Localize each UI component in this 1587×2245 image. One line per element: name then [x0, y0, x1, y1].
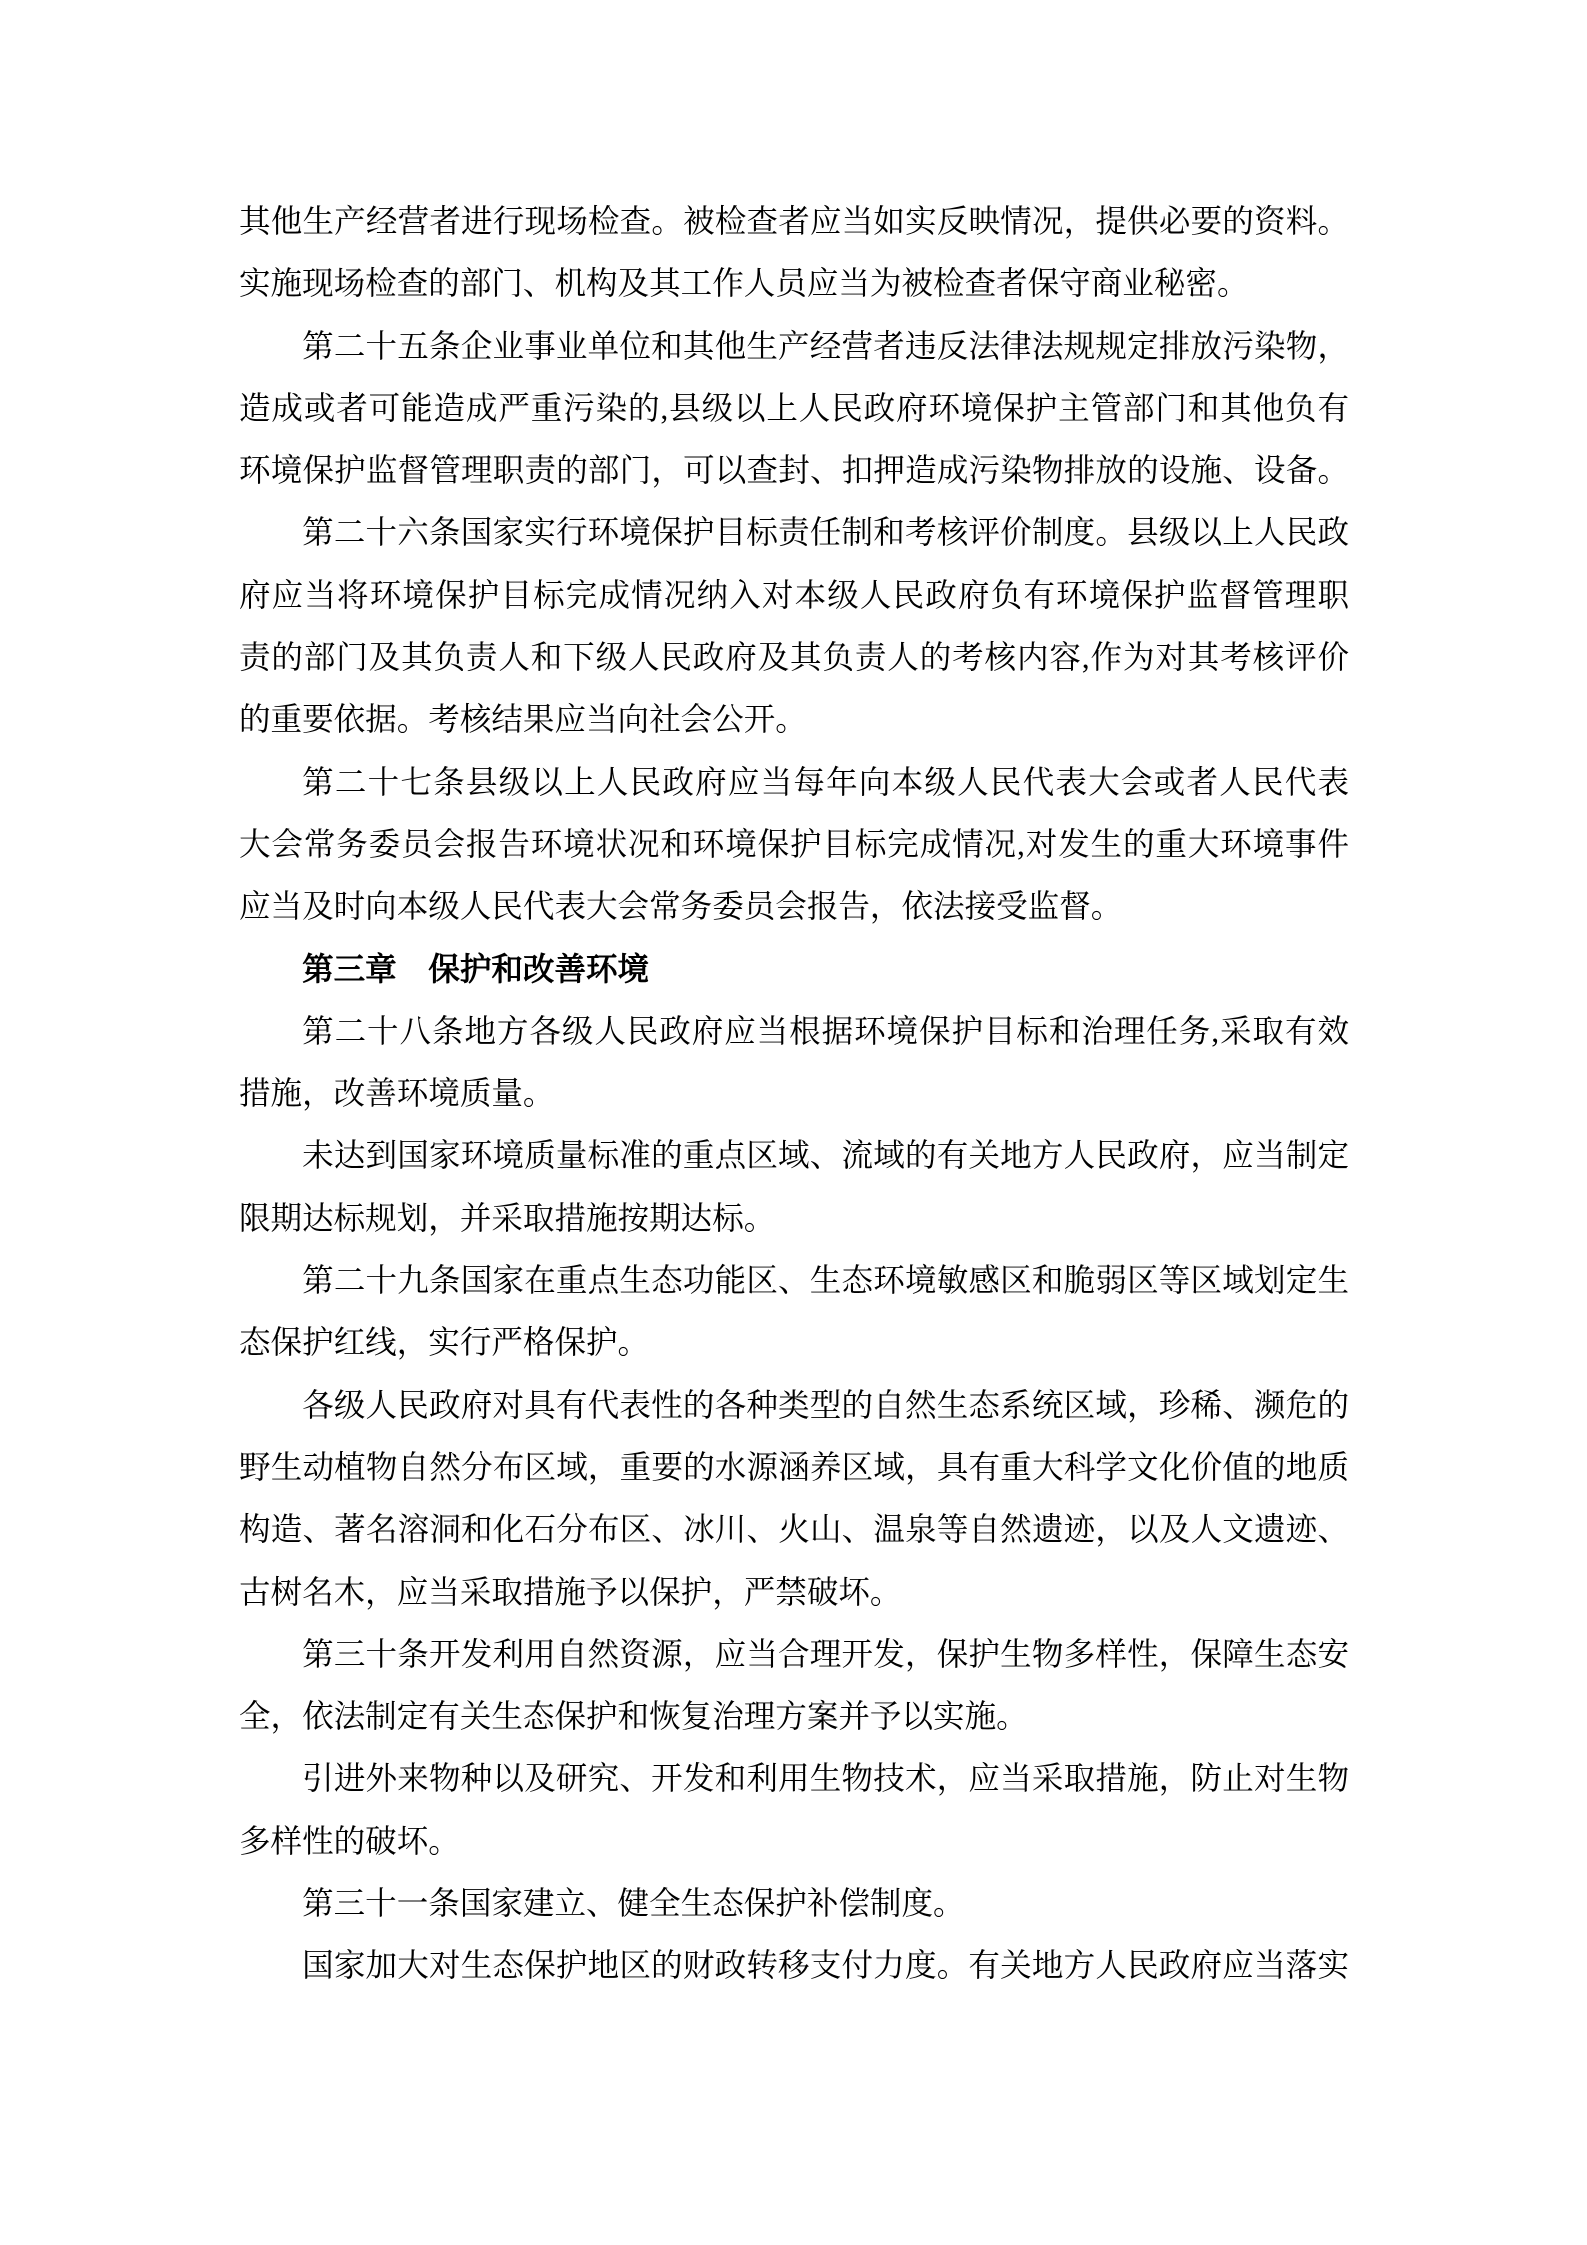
text-line: 第二十五条企业事业单位和其他生产经营者违反法律法规规定排放污染物， — [239, 316, 1349, 378]
document-page: 其他生产经营者进行现场检查。被检查者应当如实反映情况，提供必要的资料。实施现场检… — [0, 0, 1587, 2245]
text-line: 第二十九条国家在重点生态功能区、生态环境敏感区和脆弱区等区域划定生 — [239, 1250, 1349, 1312]
text-line: 措施，改善环境质量。 — [239, 1063, 1349, 1125]
document-body: 其他生产经营者进行现场检查。被检查者应当如实反映情况，提供必要的资料。实施现场检… — [239, 191, 1349, 1998]
text-line: 环境保护监督管理职责的部门，可以查封、扣押造成污染物排放的设施、设备。 — [239, 440, 1349, 502]
text-line: 大会常务委员会报告环境状况和环境保护目标完成情况,对发生的重大环境事件 — [239, 814, 1349, 876]
chapter-heading: 第三章 保护和改善环境 — [239, 939, 1349, 1001]
text-line: 第二十八条地方各级人民政府应当根据环境保护目标和治理任务,采取有效 — [239, 1001, 1349, 1063]
text-line: 全，依法制定有关生态保护和恢复治理方案并予以实施。 — [239, 1686, 1349, 1748]
text-line: 构造、著名溶洞和化石分布区、冰川、火山、温泉等自然遗迹，以及人文遗迹、 — [239, 1499, 1349, 1561]
text-line: 的重要依据。考核结果应当向社会公开。 — [239, 689, 1349, 751]
text-line: 应当及时向本级人民代表大会常务委员会报告，依法接受监督。 — [239, 876, 1349, 938]
text-line: 第二十七条县级以上人民政府应当每年向本级人民代表大会或者人民代表 — [239, 752, 1349, 814]
text-line: 第二十六条国家实行环境保护目标责任制和考核评价制度。县级以上人民政 — [239, 502, 1349, 564]
text-line: 国家加大对生态保护地区的财政转移支付力度。有关地方人民政府应当落实 — [239, 1935, 1349, 1997]
text-line: 责的部门及其负责人和下级人民政府及其负责人的考核内容,作为对其考核评价 — [239, 627, 1349, 689]
text-line: 第三十一条国家建立、健全生态保护补偿制度。 — [239, 1873, 1349, 1935]
text-line: 古树名木，应当采取措施予以保护，严禁破坏。 — [239, 1562, 1349, 1624]
text-line: 态保护红线，实行严格保护。 — [239, 1312, 1349, 1374]
text-line: 其他生产经营者进行现场检查。被检查者应当如实反映情况，提供必要的资料。 — [239, 191, 1349, 253]
text-line: 多样性的破坏。 — [239, 1811, 1349, 1873]
text-line: 未达到国家环境质量标准的重点区域、流域的有关地方人民政府，应当制定 — [239, 1125, 1349, 1187]
text-line: 实施现场检查的部门、机构及其工作人员应当为被检查者保守商业秘密。 — [239, 253, 1349, 315]
text-line: 限期达标规划，并采取措施按期达标。 — [239, 1188, 1349, 1250]
text-line: 野生动植物自然分布区域，重要的水源涵养区域，具有重大科学文化价值的地质 — [239, 1437, 1349, 1499]
text-line: 造成或者可能造成严重污染的,县级以上人民政府环境保护主管部门和其他负有 — [239, 378, 1349, 440]
text-line: 引进外来物种以及研究、开发和利用生物技术，应当采取措施，防止对生物 — [239, 1748, 1349, 1810]
text-line: 第三十条开发利用自然资源，应当合理开发，保护生物多样性，保障生态安 — [239, 1624, 1349, 1686]
text-line: 府应当将环境保护目标完成情况纳入对本级人民政府负有环境保护监督管理职 — [239, 565, 1349, 627]
text-line: 各级人民政府对具有代表性的各种类型的自然生态系统区域，珍稀、濒危的 — [239, 1375, 1349, 1437]
